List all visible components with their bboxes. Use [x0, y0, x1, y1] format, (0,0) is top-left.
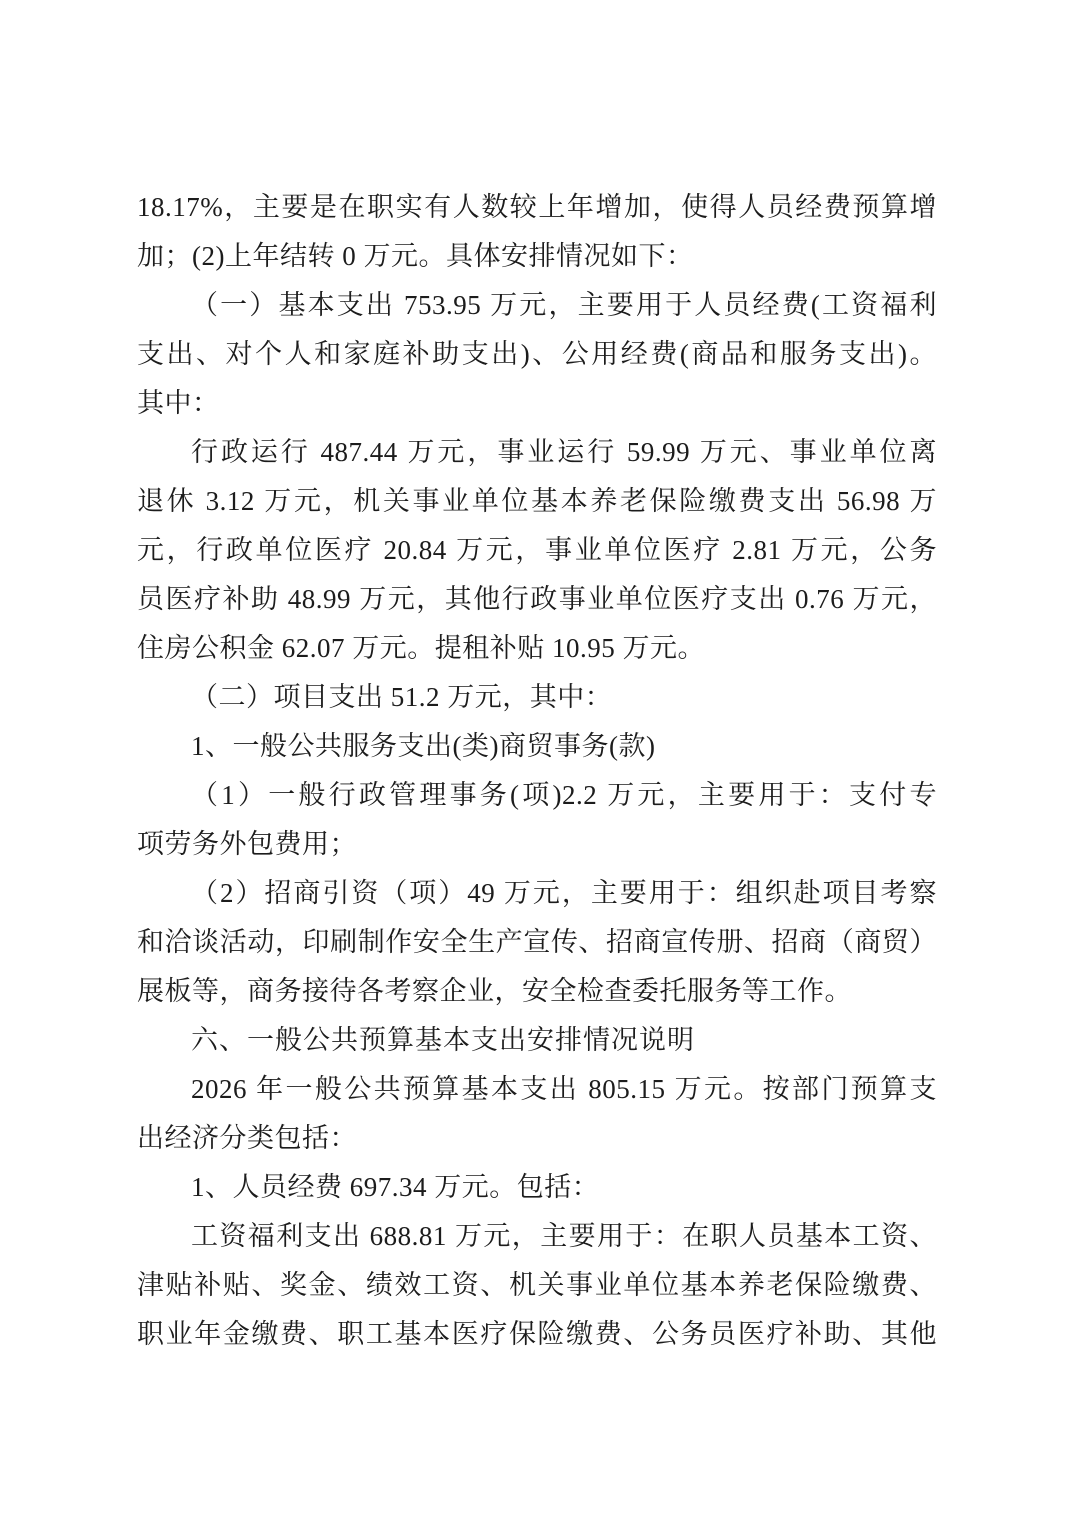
text-line: 工资福利支出 688.81 万元，主要用于：在职人员基本工资、: [137, 1212, 937, 1261]
text-line: 和洽谈活动，印刷制作安全生产宣传、招商宣传册、招商（商贸）: [137, 918, 937, 967]
text-line: 职业年金缴费、职工基本医疗保险缴费、公务员医疗补助、其他: [137, 1310, 937, 1359]
text-line: 展板等，商务接待各考察企业，安全检查委托服务等工作。: [137, 967, 937, 1016]
text-line: 退休 3.12 万元，机关事业单位基本养老保险缴费支出 56.98 万: [137, 477, 937, 526]
text-line: 加；(2)上年结转 0 万元。具体安排情况如下：: [137, 232, 937, 281]
text-line: 行政运行 487.44 万元，事业运行 59.99 万元、事业单位离: [137, 428, 937, 477]
text-line: 津贴补贴、奖金、绩效工资、机关事业单位基本养老保险缴费、: [137, 1261, 937, 1310]
document-page: 18.17%，主要是在职实有人数较上年增加，使得人员经费预算增加；(2)上年结转…: [0, 0, 1074, 1520]
text-line: 项劳务外包费用；: [137, 820, 937, 869]
text-line: （1）一般行政管理事务(项)2.2 万元，主要用于：支付专: [137, 771, 937, 820]
text-block: 18.17%，主要是在职实有人数较上年增加，使得人员经费预算增加；(2)上年结转…: [137, 183, 937, 1359]
text-line: 2026 年一般公共预算基本支出 805.15 万元。按部门预算支: [137, 1065, 937, 1114]
text-line: （一）基本支出 753.95 万元，主要用于人员经费(工资福利: [137, 281, 937, 330]
text-line: 住房公积金 62.07 万元。提租补贴 10.95 万元。: [137, 624, 937, 673]
text-line: 员医疗补助 48.99 万元，其他行政事业单位医疗支出 0.76 万元，: [137, 575, 937, 624]
text-line: 元，行政单位医疗 20.84 万元，事业单位医疗 2.81 万元，公务: [137, 526, 937, 575]
text-line: 出经济分类包括：: [137, 1114, 937, 1163]
text-line: （二）项目支出 51.2 万元，其中：: [137, 673, 937, 722]
text-line: 1、一般公共服务支出(类)商贸事务(款): [137, 722, 937, 771]
section-heading: 六、一般公共预算基本支出安排情况说明: [137, 1016, 937, 1065]
text-line: 18.17%，主要是在职实有人数较上年增加，使得人员经费预算增: [137, 183, 937, 232]
text-line: 支出、对个人和家庭补助支出)、公用经费(商品和服务支出)。: [137, 330, 937, 379]
text-line: 其中：: [137, 379, 937, 428]
text-line: 1、人员经费 697.34 万元。包括：: [137, 1163, 937, 1212]
text-line: （2）招商引资（项）49 万元，主要用于：组织赴项目考察: [137, 869, 937, 918]
